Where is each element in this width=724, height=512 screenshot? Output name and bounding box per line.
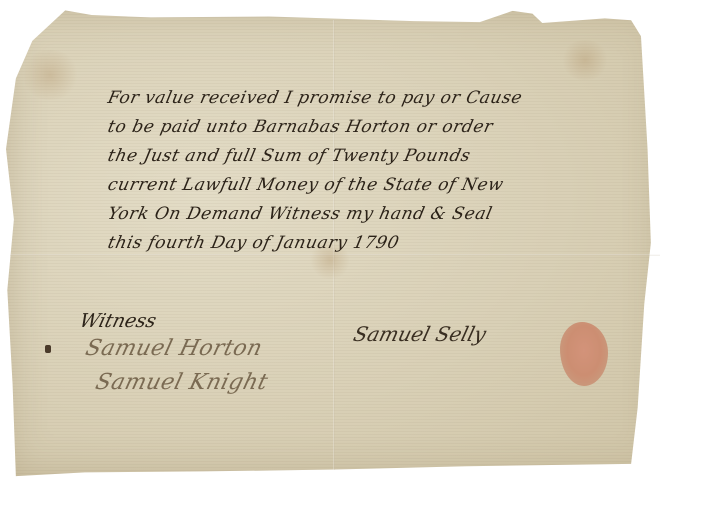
body-line: to be paid unto Barnabas Horton or order [105, 113, 671, 142]
body-line: For value received I promise to pay or C… [105, 84, 671, 113]
body-line: York On Demand Witness my hand & Seal [105, 200, 671, 229]
signature: Samuel Selly [351, 322, 489, 346]
witness-name: Samuel Knight [93, 370, 271, 395]
witness-label: Witness [77, 310, 158, 332]
body-line: this fourth Day of January 1790 [105, 229, 671, 258]
ink-blot [45, 345, 51, 353]
note-body: For value received I promise to pay or C… [108, 84, 668, 258]
witness-name: Samuel Horton [83, 336, 265, 361]
body-line: current Lawfull Money of the State of Ne… [105, 171, 671, 200]
body-line: the Just and full Sum of Twenty Pounds [105, 142, 671, 171]
wax-seal [560, 322, 608, 386]
age-stain [560, 40, 610, 80]
age-stain [20, 50, 80, 100]
